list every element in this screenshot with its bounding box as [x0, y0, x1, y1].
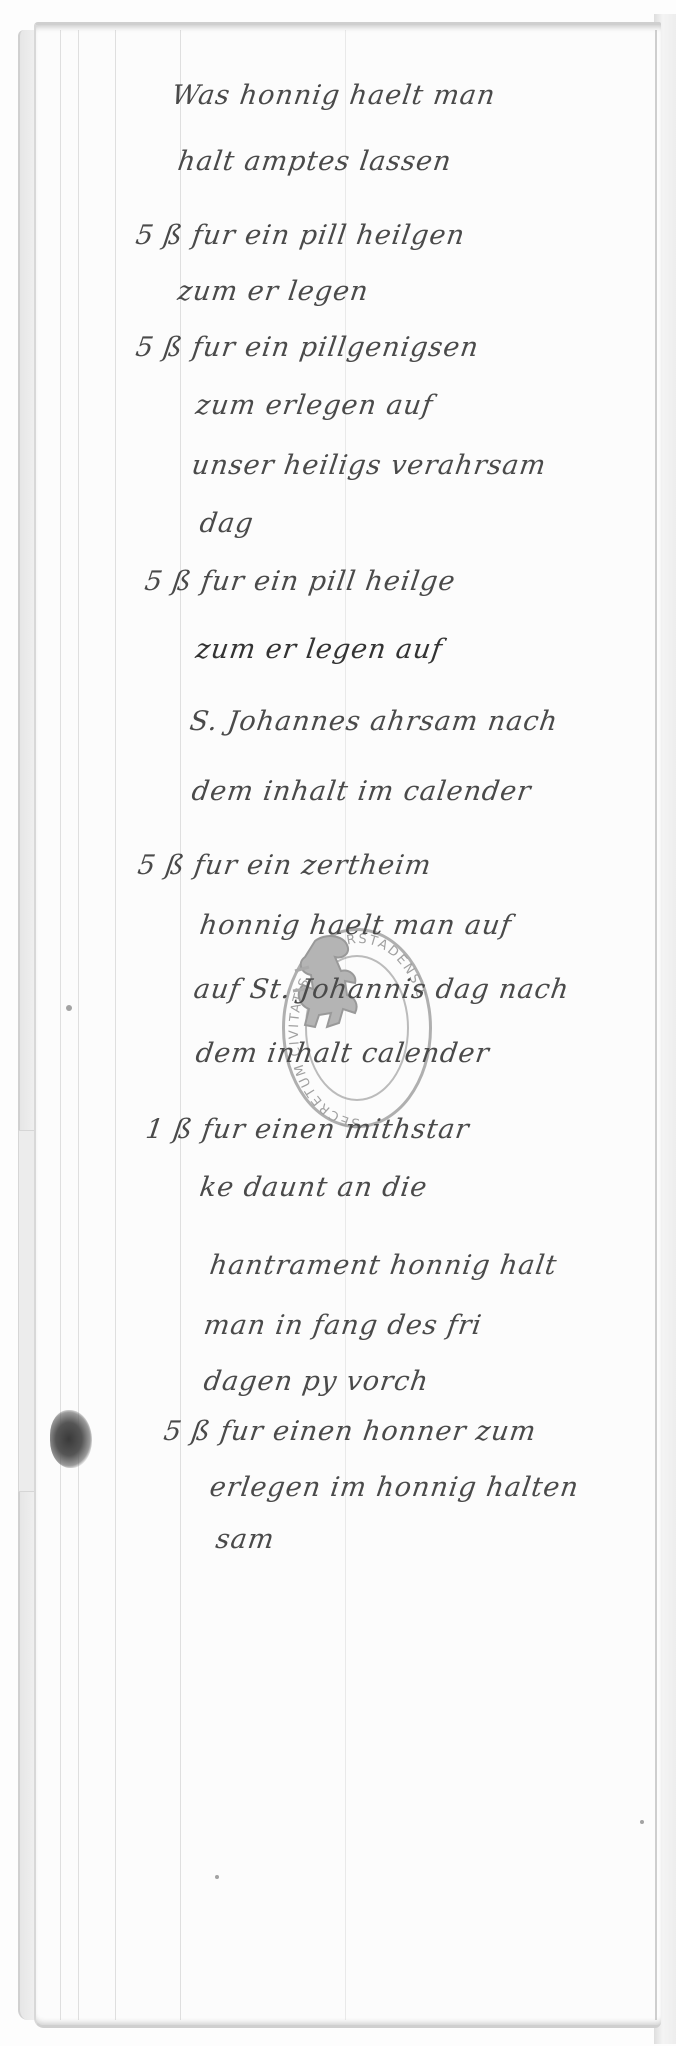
- manuscript-line: honnig haelt man auf: [198, 912, 513, 939]
- manuscript-line: zum erlegen auf: [194, 392, 435, 419]
- manuscript-line: erlegen im honnig halten: [208, 1474, 581, 1501]
- manuscript-line: halt amptes lassen: [176, 148, 453, 175]
- fold-crease: [60, 30, 61, 2020]
- ink-blot: [50, 1410, 92, 1468]
- manuscript-line: 5 ß fur ein pill heilgen: [134, 222, 467, 249]
- ink-speck: [215, 1875, 219, 1879]
- manuscript-line: S. Johannes ahrsam nach: [188, 708, 560, 735]
- archive-stamp: SECRETUM CIVITATIS DUDERSTADENSIS: [282, 928, 432, 1128]
- manuscript-line: dem inhalt calender: [194, 1040, 491, 1067]
- manuscript-line: 5 ß fur ein pill heilge: [143, 568, 457, 595]
- manuscript-line: dem inhalt im calender: [190, 778, 533, 805]
- manuscript-line: zum er legen auf: [194, 636, 444, 663]
- ink-speck: [640, 1820, 644, 1824]
- manuscript-line: auf St. Johannis dag nach: [192, 976, 571, 1003]
- fold-crease: [78, 30, 79, 2020]
- manuscript-line: man in fang des fri: [202, 1312, 484, 1339]
- manuscript-line: ke daunt an die: [198, 1174, 429, 1201]
- fold-crease: [115, 30, 116, 2020]
- manuscript-line: 5 ß fur ein zertheim: [136, 852, 433, 879]
- manuscript-line: 5 ß fur einen honner zum: [162, 1418, 538, 1445]
- manuscript-line: dag: [198, 510, 255, 537]
- manuscript-line: hantrament honnig halt: [208, 1252, 559, 1279]
- manuscript-scan: SECRETUM CIVITATIS DUDERSTADENSIS Was ho…: [0, 0, 676, 2046]
- manuscript-line: 1 ß fur einen mithstar: [144, 1116, 471, 1143]
- manuscript-line: dagen py vorch: [202, 1368, 430, 1395]
- manuscript-line: sam: [214, 1526, 276, 1553]
- fold-crease: [180, 30, 181, 2020]
- manuscript-line: 5 ß fur ein pillgenigsen: [134, 334, 481, 361]
- manuscript-line: zum er legen: [176, 278, 370, 305]
- fold-crease: [655, 30, 657, 2020]
- manuscript-line: Was honnig haelt man: [170, 82, 497, 109]
- manuscript-line: unser heiligs verahrsam: [190, 452, 548, 479]
- ink-speck: [66, 1005, 72, 1011]
